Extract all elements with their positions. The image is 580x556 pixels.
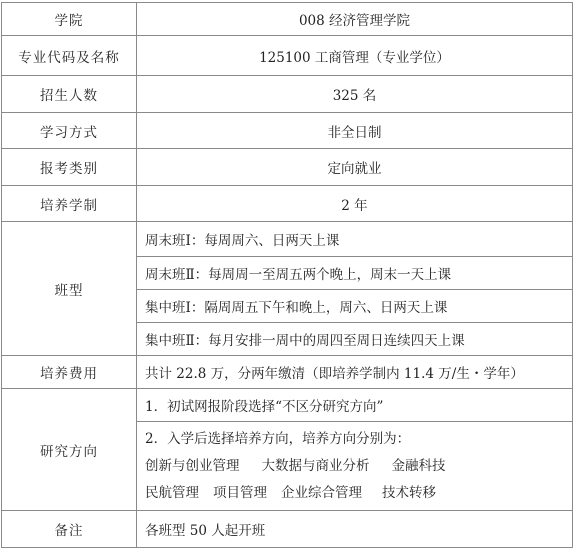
value-study-mode: 非全日制: [137, 113, 573, 149]
row-research-1: 研究方向 1．初试网报阶段选择“不区分研究方向”: [2, 389, 573, 422]
row-college: 学院 008 经济管理学院: [2, 3, 573, 36]
direction-item: 创新与创业管理: [145, 453, 240, 480]
direction-item: 项目管理: [213, 480, 267, 507]
label-duration: 培养学制: [2, 186, 137, 222]
value-note: 各班型 50 人起开班: [137, 511, 573, 548]
class-type-item: 集中班Ⅱ：每月安排一周中的周四至周日连续四天上课: [137, 323, 573, 356]
value-tuition: 共计 22.8 万，分两年缴清（即培养学制内 11.4 万/生・学年）: [137, 356, 573, 389]
row-enrollment: 招生人数 325 名: [2, 76, 573, 113]
row-tuition: 培养费用 共计 22.8 万，分两年缴清（即培养学制内 11.4 万/生・学年）: [2, 356, 573, 389]
value-enrollment: 325 名: [137, 76, 573, 113]
class-type-item: 周末班Ⅰ：每周周六、日两天上课: [137, 222, 573, 257]
label-research: 研究方向: [2, 389, 137, 511]
research-directions-line-2: 民航管理项目管理企业综合管理技术转移: [145, 480, 572, 507]
research-directions-line-1: 创新与创业管理大数据与商业分析金融科技: [145, 453, 572, 480]
direction-item: 民航管理: [145, 480, 199, 507]
value-duration: 2 年: [137, 186, 573, 222]
research-item-2: 2．入学后选择培养方向，培养方向分别为： 创新与创业管理大数据与商业分析金融科技…: [137, 422, 573, 511]
label-tuition: 培养费用: [2, 356, 137, 389]
research-item-2-intro: 2．入学后选择培养方向，培养方向分别为：: [145, 426, 572, 453]
label-major: 专业代码及名称: [2, 36, 137, 76]
row-category: 报考类别 定向就业: [2, 149, 573, 186]
label-enrollment: 招生人数: [2, 76, 137, 113]
research-item-1: 1．初试网报阶段选择“不区分研究方向”: [137, 389, 573, 422]
label-note: 备注: [2, 511, 137, 548]
row-duration: 培养学制 2 年: [2, 186, 573, 222]
label-college: 学院: [2, 3, 137, 36]
row-study-mode: 学习方式 非全日制: [2, 113, 573, 149]
label-study-mode: 学习方式: [2, 113, 137, 149]
value-category: 定向就业: [137, 149, 573, 186]
row-major: 专业代码及名称 125100 工商管理（专业学位）: [2, 36, 573, 76]
class-type-item: 周末班Ⅱ：每周周一至周五两个晚上，周末一天上课: [137, 257, 573, 290]
admission-info-table: 学院 008 经济管理学院 专业代码及名称 125100 工商管理（专业学位） …: [1, 2, 573, 548]
direction-item: 金融科技: [392, 453, 446, 480]
row-note: 备注 各班型 50 人起开班: [2, 511, 573, 548]
label-category: 报考类别: [2, 149, 137, 186]
class-type-item: 集中班Ⅰ：隔周周五下午和晚上，周六、日两天上课: [137, 290, 573, 323]
label-class-type: 班型: [2, 222, 137, 356]
direction-item: 大数据与商业分析: [262, 453, 370, 480]
row-class-type-1: 班型 周末班Ⅰ：每周周六、日两天上课: [2, 222, 573, 257]
value-major: 125100 工商管理（专业学位）: [137, 36, 573, 76]
direction-item: 企业综合管理: [281, 480, 362, 507]
value-college: 008 经济管理学院: [137, 3, 573, 36]
direction-item: 技术转移: [382, 480, 436, 507]
